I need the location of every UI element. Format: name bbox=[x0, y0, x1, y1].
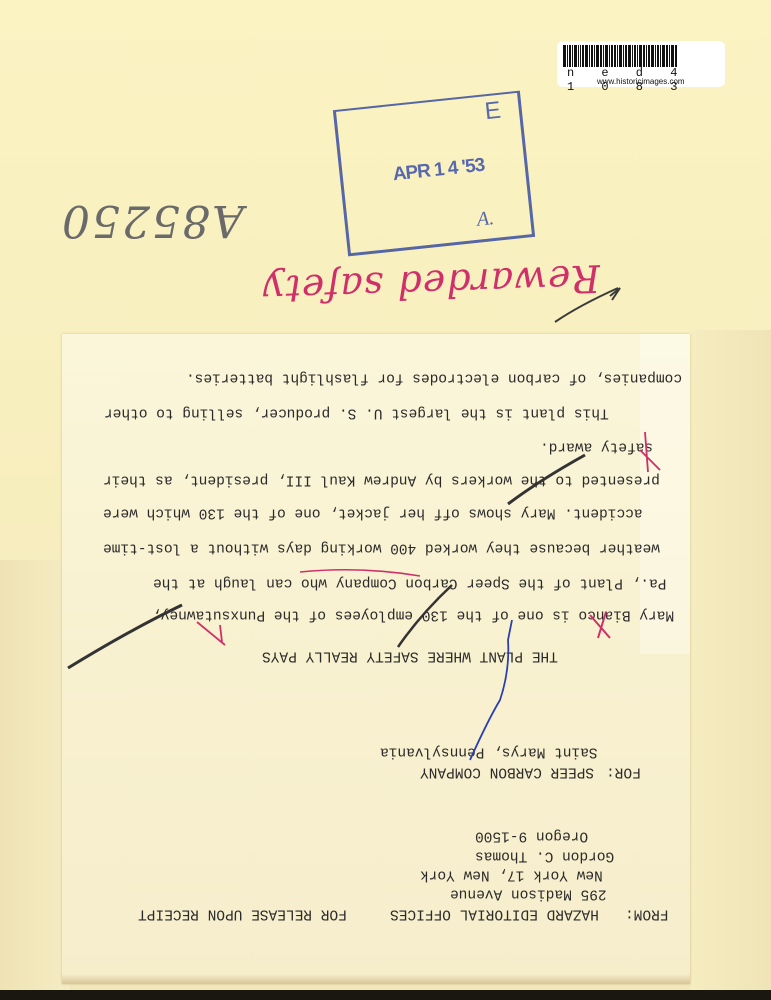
annotation-marks bbox=[0, 0, 771, 1000]
